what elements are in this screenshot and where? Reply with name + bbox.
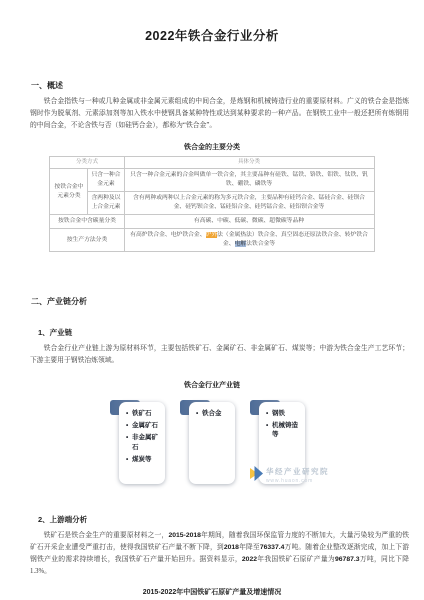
table-row: 含两种及以上合金元素 含有两种或两种以上合金元素的称为多元铁合金，主要品种有硅钙… [50, 192, 374, 215]
document-page: 2022年铁合金行业分析 一、概述 铁合金指铁与一种或几种金属或非金属元素组成的… [0, 0, 424, 600]
watermark-url: www.huaon.com [266, 478, 329, 484]
chain-card-midstream: 铁合金 [189, 402, 235, 484]
watermark: 华经产业研究院 www.huaon.com [250, 466, 329, 484]
text-segment: 有高炉铁合金、电炉铁合金、 [130, 232, 205, 238]
table-row: 按铁合金中元素分类 只含一种合金元素 只含一种合金元素的合金叫做单一铁合金，其主… [50, 169, 374, 192]
chain-card-list: 铁矿石金属矿石非金属矿石煤炭等 [126, 409, 162, 465]
chain-card-body: 铁矿石金属矿石非金属矿石煤炭等 [119, 402, 165, 484]
text-segment: 2018 [224, 544, 239, 551]
huaon-logo-icon [250, 466, 263, 481]
table-cell-basis: 按生产方法分类 [50, 229, 124, 252]
upstream-paragraph: 铁矿石是铁合金生产的重要原材料之一，2015-2018年期间，随着我国环保监管力… [30, 530, 409, 579]
chain-card-item: 金属矿石 [126, 421, 162, 430]
subsection-upstream-heading: 2、上游端分析 [38, 514, 424, 525]
chain-card-item: 铁矿石 [126, 409, 162, 418]
text-segment: 。 [44, 568, 51, 575]
text-segment: 96787.3 [335, 556, 360, 563]
chain-card-item: 非金属矿石 [126, 433, 162, 452]
text-segment: 2022 [242, 556, 257, 563]
table-cell-detail: 有高碳、中碳、低碳、微碳、超微碳等品种 [124, 215, 374, 229]
text-segment: 年我国铁矿石原矿产量为 [257, 556, 335, 563]
table-cell-basis: 按铁合金中含碳量分类 [50, 215, 124, 229]
classification-table-title: 铁合金的主要分类 [0, 142, 424, 152]
section-chain-heading: 二、产业链分析 [31, 296, 424, 307]
table-header-basis: 分类方式 [50, 156, 124, 169]
chain-card-item: 钢铁 [266, 409, 302, 418]
table-cell-detail: 有高炉铁合金、电炉铁合金、炉外法（金属热法）铁合金、真空固态还原法铁合金、转炉铁… [124, 229, 374, 252]
chain-card-item: 铁合金 [196, 409, 232, 418]
table-header-detail: 具体分类 [124, 156, 374, 169]
text-segment: 铁矿石是铁合金生产的重要原材料之一， [44, 532, 169, 539]
chain-card-body: 铁合金 [189, 402, 235, 484]
table-cell-detail: 只含一种合金元素的合金叫做单一铁合金，其主要品种有硅铁、锰铁、铬铁、钼铁、钛铁、… [124, 169, 374, 192]
chart-caption: 2015-2022年中国铁矿石原矿产量及增速情况 [0, 587, 424, 597]
chain-card-item: 煤炭等 [126, 455, 162, 464]
industry-chain-diagram: 铁合金行业产业链 铁矿石金属矿石非金属矿石煤炭等 铁合金 钢铁机械铸造等 [0, 380, 424, 494]
text-segment: 年降至 [239, 544, 260, 551]
chain-card-list: 铁合金 [196, 409, 232, 418]
table-cell-sub: 含两种及以上合金元素 [88, 192, 124, 215]
industry-chain-diagram-title: 铁合金行业产业链 [0, 380, 424, 390]
table-row: 按生产方法分类 有高炉铁合金、电炉铁合金、炉外法（金属热法）铁合金、真空固态还原… [50, 229, 374, 252]
table-cell-detail: 含有两种或两种以上合金元素的称为多元铁合金，主要品种有硅钙合金、锰硅合金、硅钡合… [124, 192, 374, 215]
text-segment: 法铁合金等 [246, 241, 275, 247]
text-segment: 1.3% [30, 568, 44, 575]
table-cell-sub: 只含一种合金元素 [88, 169, 124, 192]
chain-card-upstream: 铁矿石金属矿石非金属矿石煤炭等 [119, 402, 165, 484]
text-segment: 2015-2018 [168, 532, 201, 539]
watermark-brand: 华经产业研究院 [266, 466, 329, 477]
text-segment: 电解 [235, 241, 247, 247]
document-title: 2022年铁合金行业分析 [0, 0, 424, 44]
watermark-text-block: 华经产业研究院 www.huaon.com [266, 466, 329, 484]
subsection-chain-heading: 1、产业链 [38, 327, 424, 338]
table-row: 按铁合金中含碳量分类 有高碳、中碳、低碳、微碳、超微碳等品种 [50, 215, 374, 229]
text-segment: 万吨，同比下降 [360, 556, 409, 563]
overview-paragraph: 铁合金指铁与一种或几种金属或非金属元素组成的中间合金，是炼钢和机械铸造行业的重要… [30, 96, 409, 133]
chain-card-list: 钢铁机械铸造等 [266, 409, 302, 440]
chain-card-item: 机械铸造等 [266, 421, 302, 440]
industry-chain-cards: 铁矿石金属矿石非金属矿石煤炭等 铁合金 钢铁机械铸造等 [0, 402, 424, 484]
table-cell-basis: 按铁合金中元素分类 [50, 169, 88, 215]
chain-paragraph: 铁合金行业产业链上游为原材料环节，主要包括铁矿石、金属矿石、非金属矿石、煤炭等；… [30, 343, 409, 367]
text-segment: 炉外 [206, 232, 218, 238]
table-header-row: 分类方式 具体分类 [50, 156, 374, 169]
section-overview-heading: 一、概述 [31, 80, 424, 91]
text-segment: 76337.4 [260, 544, 285, 551]
classification-table: 分类方式 具体分类 按铁合金中元素分类 只含一种合金元素 只含一种合金元素的合金… [49, 156, 374, 252]
